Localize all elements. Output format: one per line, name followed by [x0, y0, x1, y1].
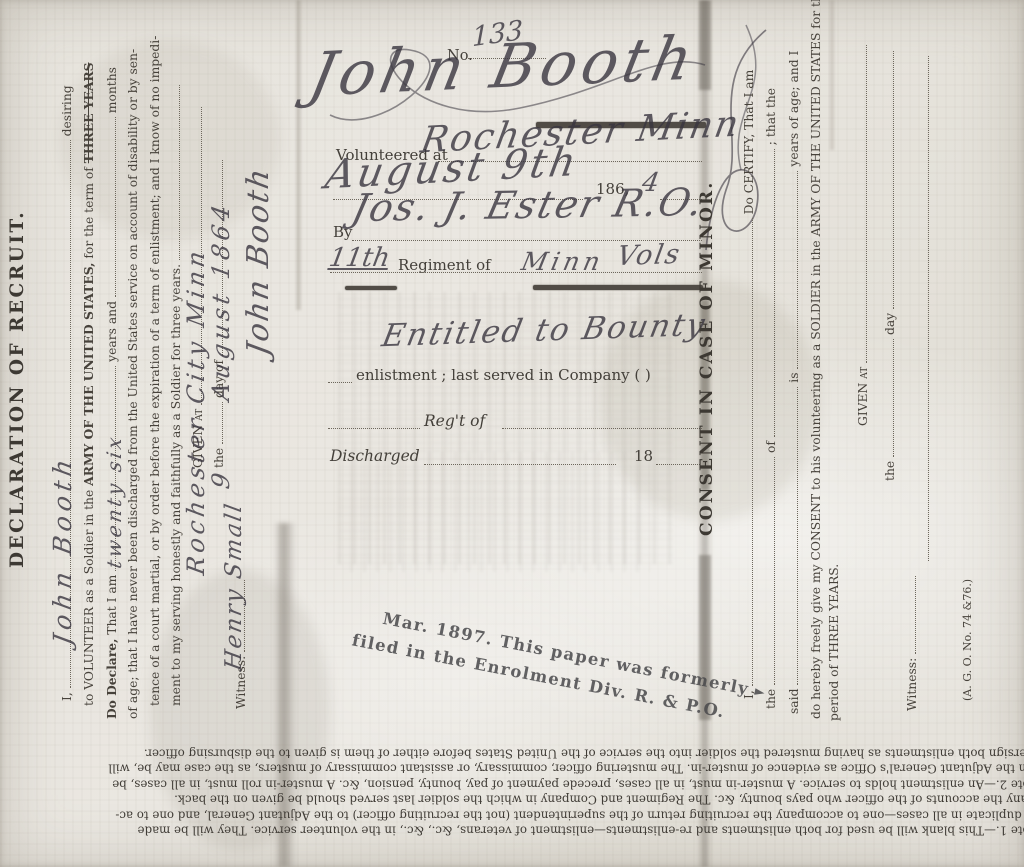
declaration-term-text: for the term of	[82, 167, 96, 258]
consent-title: CONSENT IN CASE OF MINOR.	[700, 26, 716, 856]
paper-crease	[296, 0, 301, 310]
serving-honestly-text: ment to my serving honestly and faithful…	[169, 264, 183, 706]
dotted-blank	[764, 149, 775, 437]
enlistment-company-line: enlistment ; last served in Company ( )	[356, 366, 651, 384]
note-2-line-3: countersign both enlistments as having m…	[0, 745, 1024, 760]
consent-day-label: day	[883, 313, 897, 335]
dotted-blank	[424, 464, 616, 465]
dotted-blank	[918, 56, 929, 561]
years-and-label: years and	[105, 301, 119, 362]
declaration-line-4: of age; that I have never been discharge…	[126, 26, 142, 856]
dotted-blank	[787, 387, 798, 685]
declaration-line-1: I, desiring	[60, 26, 76, 856]
handwritten-vols: Vols	[614, 239, 683, 272]
consent-the-label: the	[764, 689, 778, 709]
consent-day-line: the day	[883, 26, 899, 856]
handwritten-witness-name: Henry Small	[221, 500, 247, 672]
consent-given-at-label: GIVEN at	[856, 367, 870, 426]
consent-that-the: ; that the	[764, 88, 778, 145]
note-2-line-1: Note 2.—An enlistment holds to service. …	[0, 776, 1024, 791]
consent-said-label: said	[787, 689, 801, 714]
scanned-document: DECLARATION OF RECRUIT. I, desiring to V…	[0, 0, 1024, 867]
consent-line-1: I, Do CERTIFY, That I am	[742, 26, 758, 856]
dotted-blank	[764, 457, 775, 685]
dotted-blank	[656, 464, 700, 465]
discharged-label: Discharged	[330, 447, 420, 465]
dotted-blank	[883, 51, 894, 309]
consent-given-line: GIVEN at	[856, 26, 872, 856]
declaration-army-text: ARMY OF THE UNITED STATES,	[81, 263, 96, 486]
handwritten-regiment-number: 11th	[327, 243, 393, 273]
dotted-blank	[169, 85, 180, 260]
consent-signature-line	[918, 26, 934, 856]
declaration-desiring: desiring	[60, 85, 74, 136]
dotted-blank	[742, 218, 753, 686]
consent-i-label: I,	[742, 690, 756, 699]
consent-line-5: period of THREE YEARS.	[827, 26, 843, 856]
consent-years-of-age: years of age; and I	[787, 51, 801, 167]
dotted-blank	[330, 272, 702, 273]
handwritten-name-on-blank: John Booth	[48, 452, 77, 647]
handwritten-recruiting-officer: Jos. J. Ester R.O.	[348, 180, 709, 230]
dotted-blank	[328, 428, 420, 429]
do-declare-label: Do Declare,	[104, 639, 119, 719]
note-1-line-2: out in duplicate in all cases—one to acc…	[0, 807, 1024, 822]
note-1-line-1: Note 1.—This blank will be used for both…	[0, 822, 1024, 837]
handwritten-month-year: August 1864	[207, 199, 235, 402]
declaration-line-5: tence of a court martial, or by order be…	[148, 26, 164, 856]
dotted-blank	[905, 576, 916, 654]
declaration-volunteer-text: to VOLUNTEER as a Soldier in the	[82, 490, 96, 706]
handwritten-given-place: Rochester City Minn	[182, 245, 210, 577]
dotted-blank	[328, 382, 352, 383]
discharged-year-18: 18	[634, 447, 653, 465]
consent-witness-label: Witness:	[905, 658, 919, 711]
declaration-i-label: I,	[60, 692, 74, 701]
form-number: (A. G. O. No. 74 &76.)	[960, 26, 976, 856]
consent-line-3: said is years of age; and I	[787, 26, 803, 856]
declaration-three-years: THREE YEARS	[81, 62, 96, 163]
handwritten-given-date: 9 August 1864	[207, 199, 235, 491]
consent-line-2: the of ; that the	[764, 26, 780, 856]
regt-of-label: Reg't of	[424, 412, 485, 430]
consent-the-label-2: the	[883, 461, 897, 481]
consent-is-label: is	[787, 372, 801, 382]
declaration-witness-line: Witness:	[234, 26, 250, 856]
months-label: months	[105, 67, 119, 113]
consent-section: CONSENT IN CASE OF MINOR. I, Do CERTIFY,…	[700, 26, 976, 856]
note-1-line-3: company the accounts of the officer who …	[0, 791, 1024, 806]
dotted-blank	[883, 339, 894, 457]
dotted-blank	[856, 45, 867, 363]
consent-line-4: do hereby freely give my CONSENT to his …	[809, 26, 825, 856]
consent-certify-text: Do CERTIFY, That I am	[742, 70, 756, 215]
dotted-blank	[502, 428, 702, 429]
dotted-blank	[787, 171, 798, 369]
declaration-line-2: to VOLUNTEER as a Soldier in the ARMY OF…	[81, 26, 98, 856]
that-i-am-label: That I am	[105, 575, 119, 635]
pencil-mark	[345, 286, 397, 290]
ink-bleedthrough	[350, 452, 650, 572]
handwritten-left-signature: John Booth	[241, 164, 276, 358]
printed-notes-section: Note 1.—This blank will be used for both…	[0, 745, 1024, 837]
dotted-blank	[105, 117, 116, 297]
consent-of-label: of	[764, 441, 778, 453]
declaration-title: DECLARATION OF RECRUIT.	[10, 26, 26, 856]
handwritten-age: twenty six	[102, 432, 126, 570]
pencil-mark	[533, 285, 703, 290]
note-2-line-2: filed in the Adjutant General's Office a…	[0, 760, 1024, 775]
